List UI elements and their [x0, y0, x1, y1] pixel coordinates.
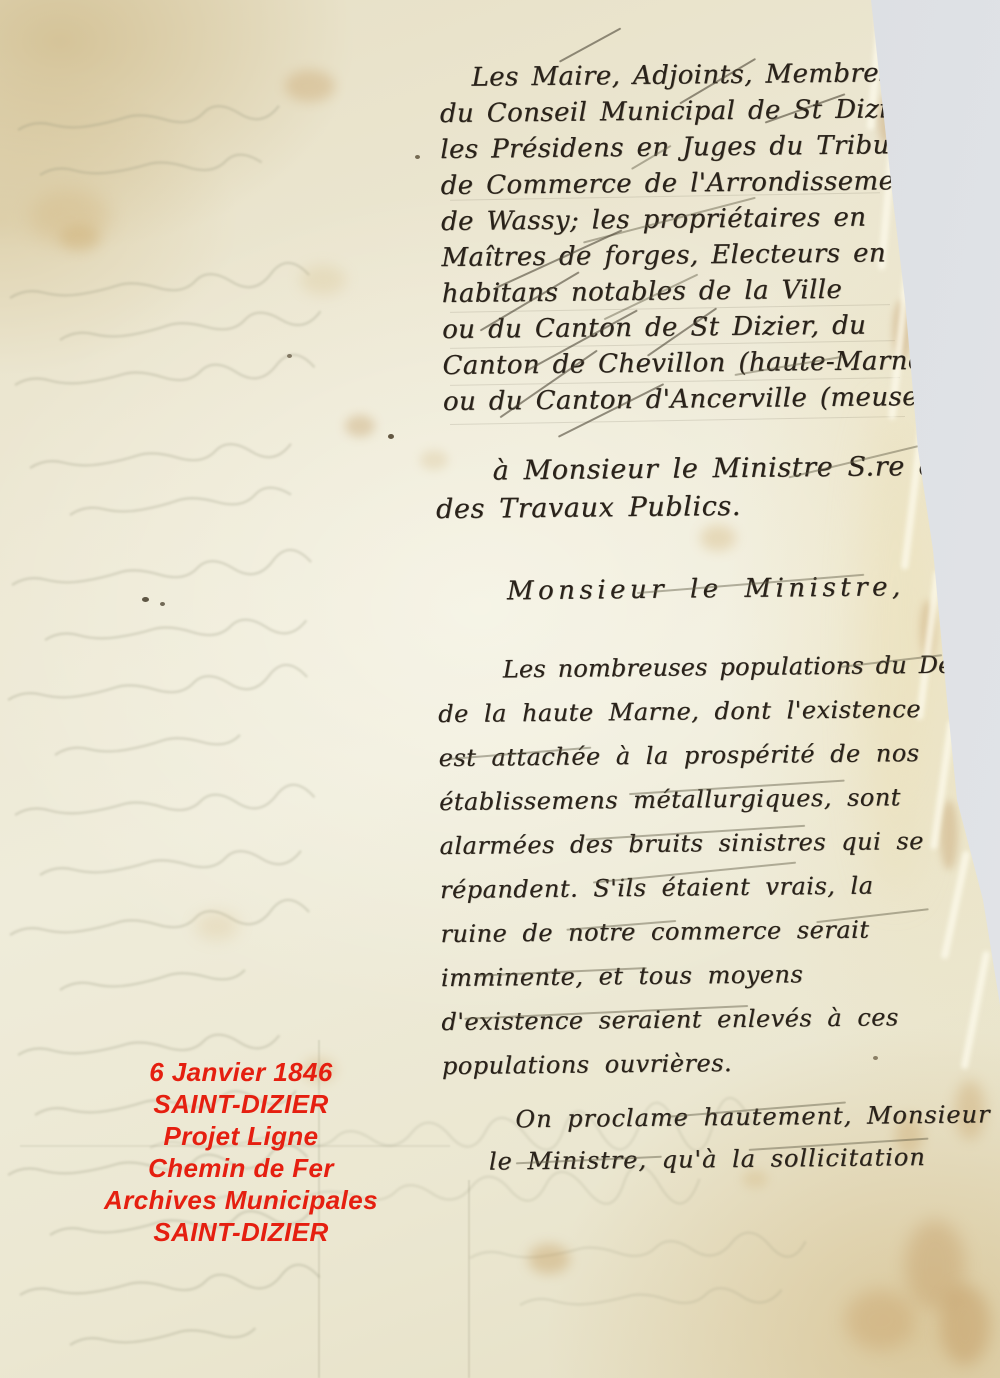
manuscript-line: les Présidens en Juges du Tribunal — [440, 130, 932, 171]
stamp-line: Projet Ligne — [91, 1120, 391, 1152]
salutation-line: Monsieur le Ministre, — [507, 572, 905, 606]
manuscript-line: Canton de Chevillon (haute-Marne) — [442, 346, 934, 387]
ink-stroke — [559, 27, 621, 62]
manuscript-line: imminente, et tous moyens — [441, 958, 1000, 1008]
manuscript-line: de la haute Marne, dont l'existence — [438, 694, 1000, 744]
manuscript-line: populations ouvrières. — [442, 1046, 1000, 1096]
photo-background: Les Maire, Adjoints, Membres du Conseil … — [0, 0, 1000, 1378]
manuscript-line: Maîtres de forges, Electeurs en — [441, 238, 933, 279]
manuscript-line: ou du Canton d'Ancerville (meuse) — [443, 382, 935, 423]
manuscript-line: des Travaux Publics. — [436, 488, 977, 532]
manuscript-line: d'existence seraient enlevés à ces — [441, 1002, 1000, 1052]
stamp-line: SAINT-DIZIER — [91, 1088, 391, 1120]
manuscript-line: est attachée à la prospérité de nos — [439, 738, 1000, 788]
closing-paragraph: On proclame hautement, Monsieur le Minis… — [488, 1100, 991, 1189]
manuscript-page: Les Maire, Adjoints, Membres du Conseil … — [0, 0, 1000, 1378]
manuscript-line: ruine de notre commerce serait — [440, 914, 1000, 964]
stamp-line: SAINT-DIZIER — [91, 1216, 391, 1248]
manuscript-line: ou du Canton de St Dizier, du — [442, 310, 934, 351]
manuscript-line: de Commerce de l'Arrondissement — [441, 166, 933, 207]
address-block: à Monsieur le Ministre S.re d'Et des Tra… — [492, 450, 977, 531]
stamp-line: 6 Janvier 1846 — [91, 1056, 391, 1088]
stamp-line: Chemin de Fer — [91, 1152, 391, 1184]
opening-paragraph: Les Maire, Adjoints, Membres du Conseil … — [439, 58, 934, 423]
body-paragraph: Les nombreuses populations du Départemt … — [438, 650, 1000, 1096]
manuscript-line: On proclame hautement, Monsieur — [515, 1100, 990, 1147]
manuscript-line: Les Maire, Adjoints, Membres — [471, 58, 931, 99]
archive-stamp: 6 Janvier 1846 SAINT-DIZIER Projet Ligne… — [91, 1056, 391, 1248]
manuscript-line: le Ministre, qu'à la sollicitation — [489, 1142, 991, 1189]
manuscript-line: répandent. S'ils étaient vrais, la — [440, 870, 1000, 920]
stamp-line: Archives Municipales — [91, 1184, 391, 1216]
manuscript-line: à Monsieur le Ministre S.re d'Et — [492, 450, 976, 493]
manuscript-line: de Wassy; les propriétaires en — [441, 202, 933, 243]
